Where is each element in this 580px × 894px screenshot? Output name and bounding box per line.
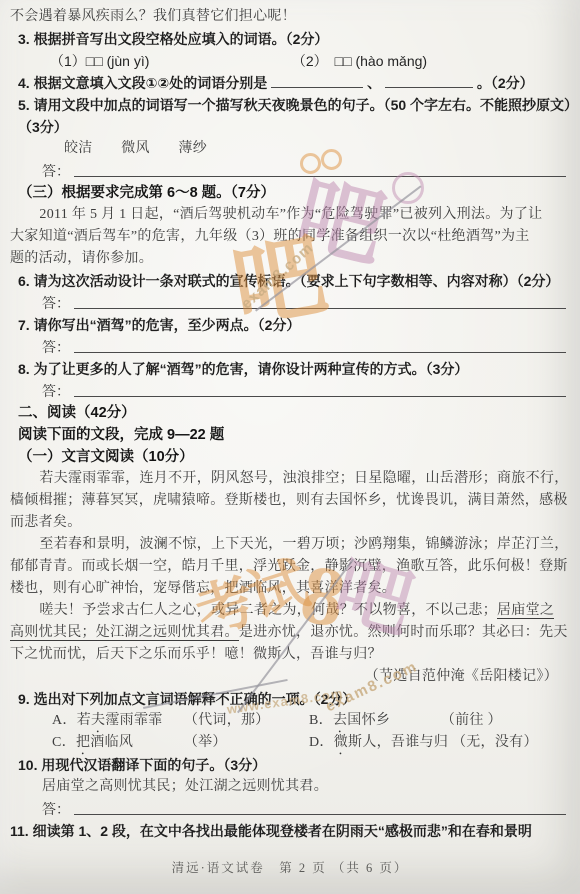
section3-para-3: 题的活动，请你参加。 [10,248,566,270]
passage-line-3: 而悲者矣。 [10,512,566,534]
q4-blank-1 [271,72,363,88]
q3-item-2: （2） □□ (hào mǎng) [292,53,427,69]
answer-label: 答： [42,798,70,820]
option-post: 国怀乡 [347,713,390,728]
dotted-char: 去 [333,713,347,728]
option-label: C． [52,735,76,750]
q9-option-a-gloss: （代词，那） [184,713,270,728]
answer-rule [74,292,566,309]
section3-para-1: 2011 年 5 月 1 日起，“酒后驾驶机动车”作为“危险驾驶罪”已被列入刑法… [10,204,566,226]
q5-stem: 5. 请用文段中加点的词语写一个描写秋天夜晚景色的句子。（50 个字左右。不能照… [18,94,566,116]
q9-options-row-1: A．若夫霪雨霏霏 （代词，那） B．去国怀乡 （前往 ） [18,710,566,732]
answer-rule [74,380,566,397]
option-label: A． [52,713,77,728]
q9-option-d-gloss: （无，没有） [452,735,538,750]
passage-line-6: 楼也，则有心旷神怡，宠辱偕忘，把酒临风，其喜洋洋者矣。 [10,578,566,600]
answer-rule [74,336,566,353]
q9-option-b-gloss: （前往 ） [441,713,502,728]
q9-option-c-gloss: （举） [184,735,227,750]
passage-line-2: 樯倾楫摧；薄暮冥冥，虎啸猿啼。登斯楼也，则有去国怀乡，忧谗畏讥，满目萧然，感极 [10,490,566,512]
option-label: B． [309,713,333,728]
option-pre: 若 [77,713,91,728]
q9-option-b: B．去国怀乡 （前往 ） [309,710,566,732]
passage-line-7: 嗟夫！予尝求古仁人之心，或异二者之为，何哉？不以物喜，不以己悲；居庙堂之 [10,600,566,622]
option-post: 酒临风 [90,735,133,750]
passage-underlined-part-2: 高则忧其民；处江湖之远则忧其君。 [10,625,239,641]
answer-rule [74,160,566,177]
passage-line-9: 下之忧而忧，后天下之乐而乐乎！噫！微斯人，吾谁与归？ [10,644,566,666]
q3-item-1: （1）□□ (jùn yì) [50,50,288,72]
answer-rule [74,798,566,815]
q6-answer-line: 答： [18,292,566,314]
passage-line-1: 若夫霪雨霏霏，连月不开，阴风怒号，浊浪排空；日星隐曜，山岳潜形；商旅不行， [10,468,566,490]
page-footer: 清远·语文试卷 第 2 页 （共 6 页） [0,858,580,876]
answer-label: 答： [42,292,70,314]
answer-label: 答： [42,380,70,402]
dotted-char: 夫 [91,713,105,728]
q5-word-bank: 皎洁 微风 薄纱 [18,138,566,160]
answer-label: 答： [42,160,70,182]
q9-option-d: D．微斯人，吾谁与归 （无，没有） [309,732,566,754]
q9-options-row-2: C．把酒临风 （举） D．微斯人，吾谁与归 （无，没有） [18,732,566,754]
passage-line-5: 郁郁青青。而或长烟一空，皓月千里，浮光跃金，静影沉璧，渔歌互答，此乐何极！登斯 [10,556,566,578]
passage-line-8: 高则忧其民；处江湖之远则忧其君。是进亦忧，退亦忧。然则何时而乐耶？其必曰：先天 [10,622,566,644]
q7-stem: 7. 请你写出“酒驾”的危害，至少两点。（2分） [18,314,566,336]
q9-stem: 9. 选出对下列加点文言词语解释不正确的一项。（2分） [18,688,566,710]
q7-answer-line: 答： [18,336,566,358]
dotted-char: 微 [334,735,348,750]
q4-separator: 、 [367,75,381,91]
q8-stem: 8. 为了让更多的人了解“酒驾”的危害，请你设计两种宣传的方式。（3分） [18,358,566,380]
q9-option-a: A．若夫霪雨霏霏 （代词，那） [52,710,309,732]
q10-answer-line: 答： [18,798,566,820]
q3-stem: 3. 根据拼音写出文段空格处应填入的词语。（2分） [18,28,566,50]
passage-underlined-part-1: 居庙堂之 [497,603,554,619]
handwritten-intro-line: 不会遇着暴风疾雨么？我们真替它们担心呢！ [10,6,566,28]
answer-label: 答： [42,336,70,358]
part2-title: 二、阅读（42分） [18,402,566,424]
q5-answer-line: 答： [18,160,566,182]
q6-stem: 6. 请为这次活动设计一条对联式的宣传标语。（要求上下句字数相等、内容对称）（2… [18,270,566,292]
passage-line-8-text: 是进亦忧，退亦忧。然则何时而乐耶？其必曰：先天 [239,625,568,640]
section3-title: （三）根据要求完成第 6～8 题。（7分） [18,182,566,204]
q10-sentence: 居庙堂之高则忧其民；处江湖之远则忧其君。 [18,776,566,798]
page-content: 不会遇着暴风疾雨么？我们真替它们担心呢！ 3. 根据拼音写出文段空格处应填入的词… [18,6,566,842]
q4-prefix: 4. 根据文意填入文段①②处的词语分别是 [18,75,267,91]
part2-subtitle: 阅读下面的文段，完成 9—22 题 [18,424,566,446]
option-post: 斯人，吾谁与归 [348,735,448,750]
option-label: D． [309,735,334,750]
passage-line-7-text: 嗟夫！予尝求古仁人之心，或异二者之为，何哉？不以物喜，不以己悲； [39,603,497,618]
q11-stem: 11. 细读第 1、2 段，在文中各找出最能体现登楼者在阴雨天“感极而悲”和在春… [10,820,566,842]
q9-option-c: C．把酒临风 （举） [52,732,309,754]
q4-blank-2 [385,72,473,88]
q9-option-d-text: D．微斯人，吾谁与归 [309,732,448,758]
section3-para-2: 大家知道“酒后驾车”的危害，九年级（3）班的同学准备组织一次以“杜绝酒驾”为主 [10,226,566,248]
dotted-char: 把 [76,735,90,750]
part2-section1-title: （一）文言文阅读（10分） [18,446,566,468]
q4-stem: 4. 根据文意填入文段①②处的词语分别是 、 。（2分） [18,72,566,94]
q4-suffix: 。（2分） [477,75,534,91]
option-post: 霪雨霏霏 [105,713,162,728]
passage-line-4: 至若春和景明，波澜不惊，上下天光，一碧万顷；沙鸥翔集，锦鳞游泳；岸芷汀兰， [10,534,566,556]
passage-source: （节选自范仲淹《岳阳楼记》） [18,666,566,688]
q8-answer-line: 答： [18,380,566,402]
q5-score: （3分） [18,116,566,138]
exam-paper-page: 不会遇着暴风疾雨么？我们真替它们担心呢！ 3. 根据拼音写出文段空格处应填入的词… [0,0,580,894]
q10-stem: 10. 用现代汉语翻译下面的句子。（3分） [18,754,566,776]
q3-items: （1）□□ (jùn yì) （2） □□ (hào mǎng) [18,50,566,72]
